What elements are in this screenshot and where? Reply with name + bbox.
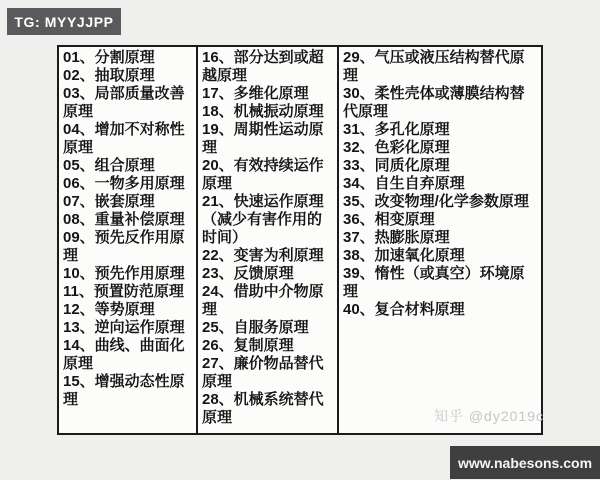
- principle-item: 07、嵌套原理: [63, 193, 194, 211]
- principle-item: 35、改变物理/化学参数原理: [343, 193, 539, 211]
- principle-item: 17、多维化原理: [202, 85, 335, 103]
- principle-item: 26、复制原理: [202, 337, 335, 355]
- principle-item: 28、机械系统替代原理: [202, 391, 335, 427]
- principles-column-3: 29、气压或液压结构替代原理30、柔性壳体或薄膜结构替代原理31、多孔化原理32…: [337, 47, 541, 433]
- principle-item: 16、部分达到或超越原理: [202, 49, 335, 85]
- zhihu-watermark: 知乎 @dy2019c: [434, 406, 544, 426]
- principle-item: 12、等势原理: [63, 301, 194, 319]
- principle-item: 23、反馈原理: [202, 265, 335, 283]
- principle-item: 31、多孔化原理: [343, 121, 539, 139]
- principle-item: 01、分割原理: [63, 49, 194, 67]
- principle-item: 30、柔性壳体或薄膜结构替代原理: [343, 85, 539, 121]
- principle-item: 03、局部质量改善原理: [63, 85, 194, 121]
- principle-item: 38、加速氧化原理: [343, 247, 539, 265]
- principle-item: 06、一物多用原理: [63, 175, 194, 193]
- principle-item: 04、增加不对称性原理: [63, 121, 194, 157]
- principle-item: 27、廉价物品替代原理: [202, 355, 335, 391]
- principle-item: 25、自服务原理: [202, 319, 335, 337]
- principle-item: 34、自生自弃原理: [343, 175, 539, 193]
- telegram-tag-badge: TG: MYYJJPP: [7, 8, 121, 35]
- principle-item: 13、逆向运作原理: [63, 319, 194, 337]
- principles-column-1: 01、分割原理02、抽取原理03、局部质量改善原理04、增加不对称性原理05、组…: [59, 47, 196, 433]
- site-url-banner: www.nabesons.com: [450, 446, 600, 479]
- principle-item: 21、快速运作原理（减少有害作用的时间）: [202, 193, 335, 247]
- principle-item: 22、变害为利原理: [202, 247, 335, 265]
- principle-item: 08、重量补偿原理: [63, 211, 194, 229]
- principle-item: 32、色彩化原理: [343, 139, 539, 157]
- principle-item: 14、曲线、曲面化原理: [63, 337, 194, 373]
- principle-item: 37、热膨胀原理: [343, 229, 539, 247]
- principle-item: 29、气压或液压结构替代原理: [343, 49, 539, 85]
- principles-column-2: 16、部分达到或超越原理17、多维化原理18、机械振动原理19、周期性运动原理2…: [196, 47, 337, 433]
- principle-item: 11、预置防范原理: [63, 283, 194, 301]
- principle-item: 02、抽取原理: [63, 67, 194, 85]
- principle-item: 18、机械振动原理: [202, 103, 335, 121]
- principle-item: 39、惰性（或真空）环境原理: [343, 265, 539, 301]
- principle-item: 24、借助中介物原理: [202, 283, 335, 319]
- principle-item: 09、预先反作用原理: [63, 229, 194, 265]
- principle-item: 05、组合原理: [63, 157, 194, 175]
- principle-item: 19、周期性运动原理: [202, 121, 335, 157]
- principle-item: 15、增强动态性原理: [63, 373, 194, 409]
- principle-item: 40、复合材料原理: [343, 301, 539, 319]
- principle-item: 36、相变原理: [343, 211, 539, 229]
- principle-item: 33、同质化原理: [343, 157, 539, 175]
- page: TG: MYYJJPP 01、分割原理02、抽取原理03、局部质量改善原理04、…: [0, 0, 600, 480]
- triz-principles-table: 01、分割原理02、抽取原理03、局部质量改善原理04、增加不对称性原理05、组…: [57, 45, 543, 435]
- principle-item: 20、有效持续运作原理: [202, 157, 335, 193]
- principle-item: 10、预先作用原理: [63, 265, 194, 283]
